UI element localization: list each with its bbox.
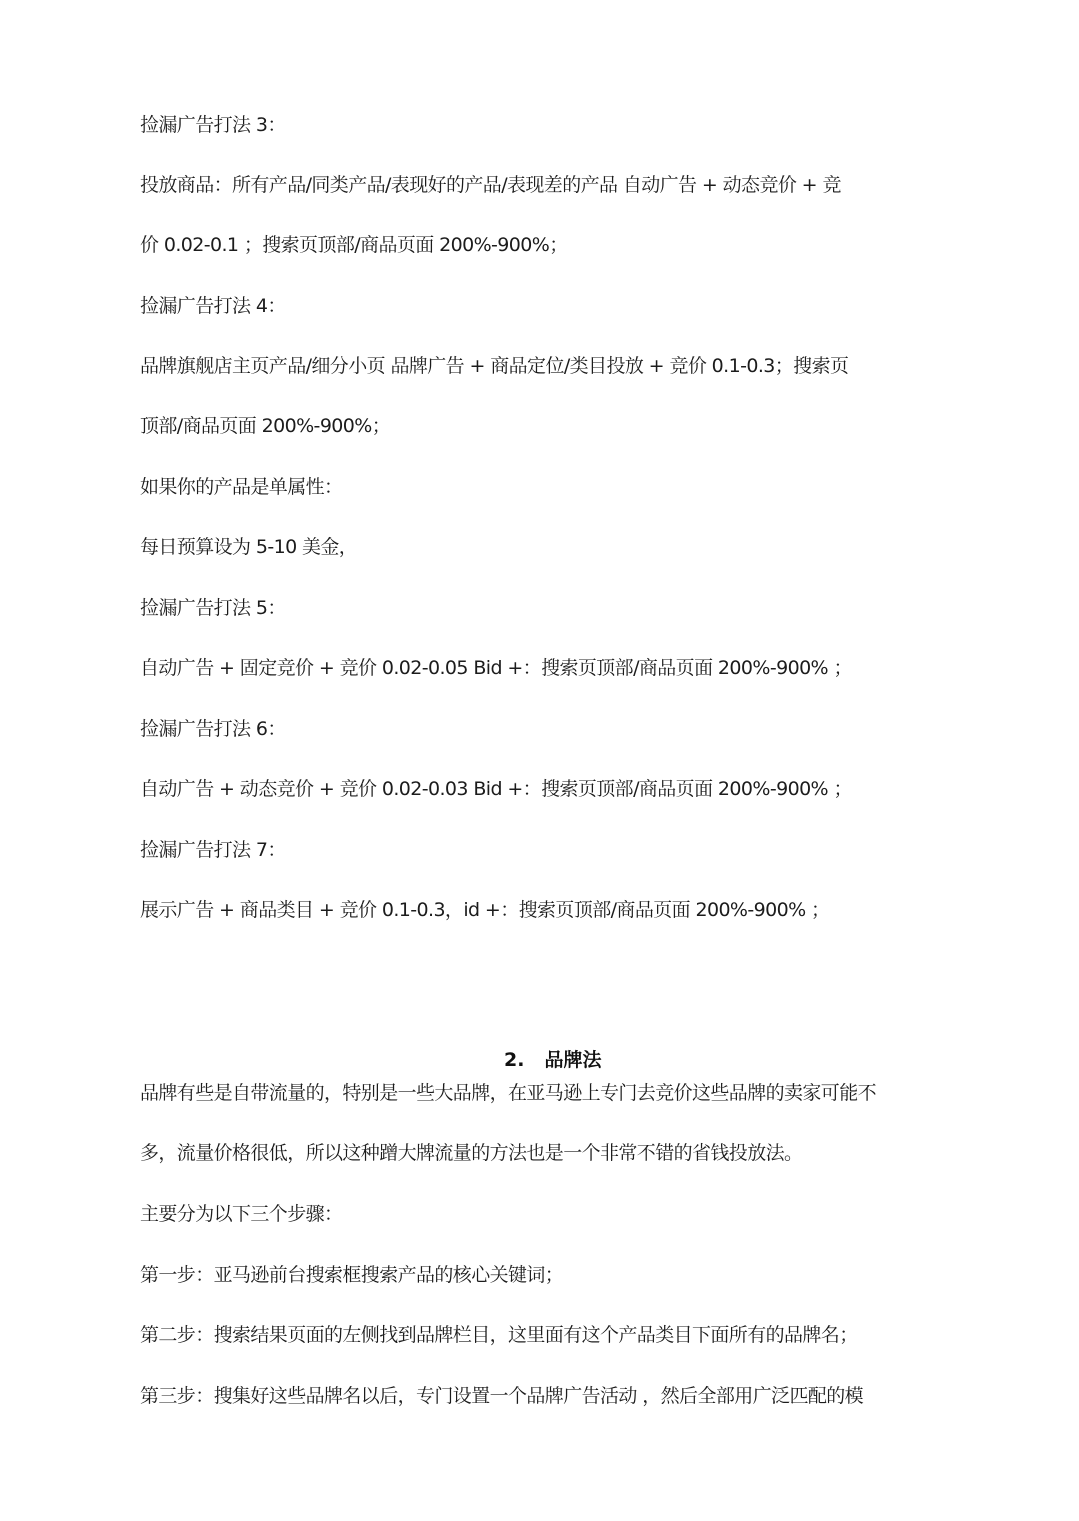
text-line: 多，流量价格很低，所以这种蹭大牌流量的方法也是一个非常不错的省钱投放法。 bbox=[140, 1139, 950, 1167]
text-line: 展示广告 + 商品类目 + 竞价 0.1-0.3，id +：搜索页顶部/商品页面… bbox=[140, 896, 950, 924]
text-line: 每日预算设为 5-10 美金， bbox=[140, 533, 950, 561]
text-line: 第一步：亚马逊前台搜索框搜索产品的核心关键词； bbox=[140, 1261, 950, 1289]
text-line: 主要分为以下三个步骤： bbox=[140, 1200, 950, 1228]
text-line: 投放商品：所有产品/同类产品/表现好的产品/表现差的产品 自动广告 + 动态竞价… bbox=[140, 171, 950, 199]
text-line: 捡漏广告打法 5： bbox=[140, 594, 950, 622]
text-line: 捡漏广告打法 3： bbox=[140, 111, 950, 139]
text-line: 捡漏广告打法 7： bbox=[140, 836, 950, 864]
text-line: 第二步：搜索结果页面的左侧找到品牌栏目，这里面有这个产品类目下面所有的品牌名； bbox=[140, 1321, 950, 1349]
text-line: 捡漏广告打法 4： bbox=[140, 292, 950, 320]
text-line: 品牌旗舰店主页产品/细分小页 品牌广告 + 商品定位/类目投放 + 竞价 0.1… bbox=[140, 352, 950, 380]
document-page: 捡漏广告打法 3： 投放商品：所有产品/同类产品/表现好的产品/表现差的产品 自… bbox=[0, 0, 1079, 1521]
section-number: 2. bbox=[504, 1049, 524, 1071]
section-title: 品牌法 bbox=[544, 1049, 601, 1071]
text-line: 价 0.02-0.1 ；搜索页顶部/商品页面 200%-900%； bbox=[140, 231, 950, 259]
text-line: 自动广告 + 动态竞价 + 竞价 0.02-0.03 Bid +：搜索页顶部/商… bbox=[140, 775, 950, 803]
text-line: 捡漏广告打法 6： bbox=[140, 715, 950, 743]
text-line: 自动广告 + 固定竞价 + 竞价 0.02-0.05 Bid +：搜索页顶部/商… bbox=[140, 654, 950, 682]
text-line: 第三步：搜集好这些品牌名以后，专门设置一个品牌广告活动 ，然后全部用广泛匹配的模 bbox=[140, 1382, 950, 1410]
text-line: 顶部/商品页面 200%-900%； bbox=[140, 412, 950, 440]
text-line: 品牌有些是自带流量的，特别是一些大品牌，在亚马逊上专门去竞价这些品牌的卖家可能不 bbox=[140, 1079, 950, 1107]
text-line: 如果你的产品是单属性： bbox=[140, 473, 950, 501]
